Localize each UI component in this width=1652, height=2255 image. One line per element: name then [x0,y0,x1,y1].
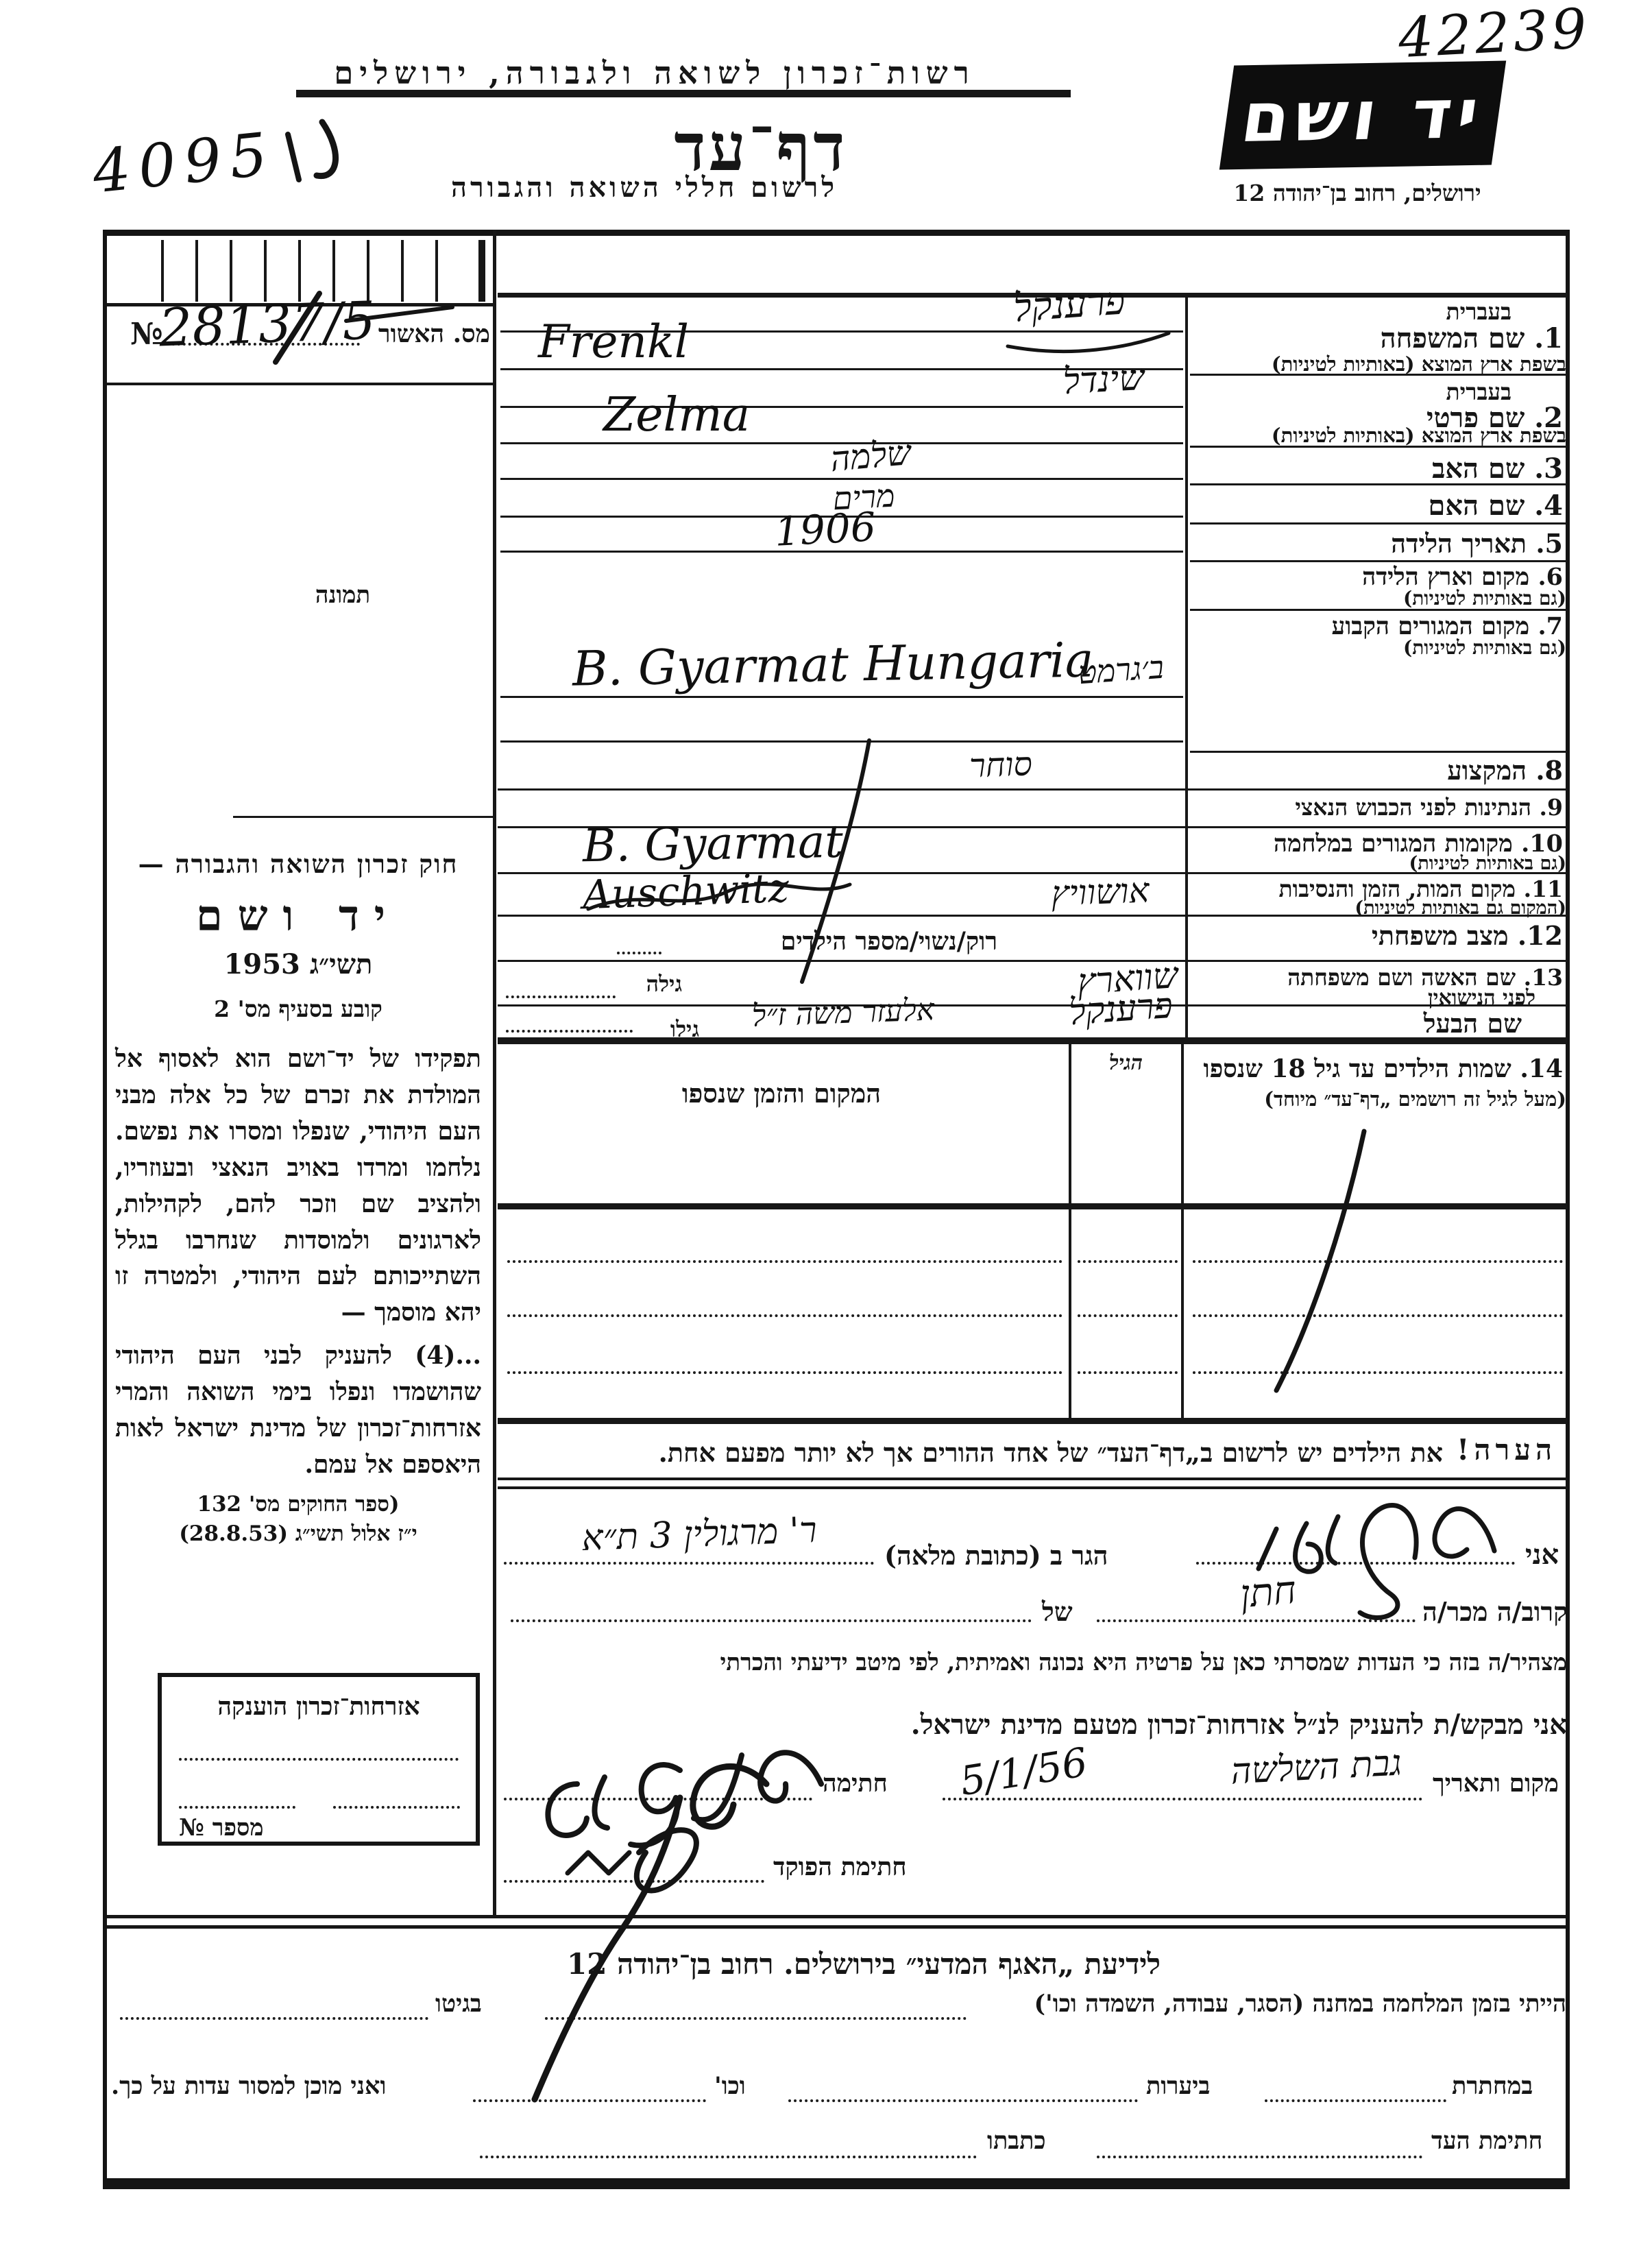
header-rule [296,90,1071,97]
declarant-name-line [1196,1562,1515,1565]
children-row-line [507,1260,1062,1263]
footer-ghetto-label: בגיטו [435,1990,482,2018]
children-bottom-bar [498,1418,1567,1424]
children-row-line [507,1314,1062,1317]
signature-label: חתימה [823,1769,888,1798]
declaration-i-label: אני [1525,1539,1559,1571]
hw-death-place-latin: Auschwitz [582,865,790,918]
footer-forests-label: ביערות [1146,2072,1210,2100]
field-13-label2: לפני הנישואין [1193,986,1535,1010]
children-col-divider-right [1181,1044,1184,1418]
field-5-label: 5. תאריך הלידה [1193,528,1563,559]
field-9-label: 9. הנתינות לפני הכבוש הנאצי [1193,794,1563,821]
place-date-label: מקום ותאריך [1433,1769,1559,1798]
hw-birth-date: 1906 [773,503,877,555]
hw-givenname-latin: Zelma [603,388,750,442]
footer-testify-label: ואני מוכן למסור עדות על כך. [111,2072,386,2100]
row-sep [498,960,1567,962]
footer-witness-signature-label: חתימת העד [1431,2127,1542,2155]
footer-underground-line [1265,2099,1446,2102]
field-8-label: 8. המקצוע [1193,755,1563,786]
children-row-line [1193,1371,1563,1374]
grant-box-title: אזרחות־זכרון הוענקה [162,1692,476,1721]
write-line [500,740,1183,743]
authority-line: רשות־זכרון לשואה ולגבורה, ירושלים [295,55,1015,91]
law-clause: קובע בסעיף מס' 2 [115,996,481,1023]
logo-text: יד ושם [1237,73,1489,157]
label-sep [1190,522,1567,524]
field-1-label: 1. שם המשפחה [1193,322,1563,354]
law-ref-2: י״ז אלול תשי״ג (28.8.53) [115,1519,481,1549]
field-6-note: (גם באותיות לטיניות) [1193,587,1566,610]
children-row-line [1193,1314,1563,1317]
declaration-resides-label: הגר ב (כתובת מלאה) [884,1540,1108,1571]
handwritten-file-number: 42239 [1397,0,1592,70]
law-excerpt-block: חוק זכרון השואה והגבורה — יד ושם תשי״ג 1… [115,849,481,1549]
footer-forests-line [788,2099,1138,2102]
declaration-relative-label: קרוב/ה מכר/ה [1422,1596,1568,1628]
note-head: הערה! [1457,1433,1557,1467]
photo-bottom-rule [233,816,495,818]
children-row-line [1078,1371,1178,1374]
field-10-note: (גם באותיות לטיניות) [1193,853,1566,874]
declarant-address-line [504,1562,874,1565]
field-1-note: בשפת ארץ המוצא (באותיות לטיניות) [1193,352,1566,376]
form-subtitle: לרשום חללי השואה והגבורה [384,171,905,204]
grant-box-number-label: מספר № [179,1814,263,1842]
yad-vashem-logo: יד ושם [1219,61,1506,170]
footer-ghetto-line [120,2017,428,2020]
footer-notice: לידיעת „האגף המדעי״ בירושלים. רחוב בן־יה… [500,1947,1227,1981]
field-14-label: 14. שמות הילדים עד גיל 18 שנספו [1193,1054,1563,1083]
footer-witness-signature-line [1097,2156,1422,2158]
signature-line [504,1798,812,1800]
label-sep [1190,751,1567,753]
note-body: את הילדים יש לרשום ב„דף־העד״ של אחד ההור… [511,1437,1443,1469]
hw-givenname-hebrew: שינדל [1028,355,1180,404]
field-4-label: 4. שם האם [1193,490,1563,522]
declaration-statement-2: אני מבקש/ת להעניק לנ״ל אזרחות־זכרון מטעם… [823,1709,1567,1741]
citizenship-grant-box: אזרחות־זכרון הוענקה מספר № [158,1673,480,1846]
approval-number-symbol: № [130,317,163,352]
footer-camp-line [545,2017,967,2020]
approval-number-label: מס. האשור [356,319,490,348]
field-3-label: 3. שם האב [1193,453,1563,485]
pen-mark [288,134,299,180]
photo-label: תמונה [288,581,398,609]
row-sep [498,788,1567,791]
footer-rule-a [107,1915,1566,1918]
law-body-1: תפקידו של יד־ושם הוא לאסוף אל המולדת את … [115,1041,481,1331]
place-date-line [943,1798,1422,1800]
children-row-line [1078,1260,1178,1263]
children-age-column-header: הגיל [1073,1051,1179,1075]
approval-number-value: 28137/5 [158,290,377,359]
footer-witness-address-label: כתבתו [987,2127,1046,2155]
field-13-his-age-dotted [506,1030,633,1033]
double-rule-b [498,1486,1567,1489]
field-2-note: בשפת ארץ המוצא (באותיות לטיניות) [1193,424,1566,448]
field-12-dotted [617,952,661,954]
law-year: תשי״ג 1953 [115,948,481,980]
children-col-divider-left [1069,1044,1071,1418]
grant-box-line-1 [179,1758,459,1761]
field-12-label: 12. מצב משפחתי [1193,920,1563,952]
logo-address: ירושלים, רחוב בן־יהודה 12 [1158,180,1556,207]
children-row-line [507,1371,1062,1374]
declaration-statement-1: מצהיר/ה בזה כי העדות שמסרתי כאן על פרטיה… [480,1649,1567,1676]
footer-witness-address-line [480,2156,977,2158]
hw-surname-latin: Frenkl [538,315,689,368]
fields-divider [1185,293,1188,1042]
footer-etc-label: וכו' [714,2072,746,2100]
approval-bottom-rule [107,383,495,385]
law-ref-1: (ספר החוקים מס' 132 [115,1490,481,1519]
footer-camp-label: הייתי בזמן המלחמה במחנה (הסגר, עבודה, הש… [973,1990,1566,2018]
field-12-inline-label: רוק/נשוי/מספר הילדים [668,927,997,956]
law-body-2: ...(4) להעניק לבני העם היהודי שהושמדו ונ… [115,1338,481,1483]
footer-underground-label: במחתרת [1452,2072,1533,2100]
law-intro: חוק זכרון השואה והגבורה — [115,849,481,880]
children-row-line [1078,1314,1178,1317]
footer-rule-b [107,1925,1566,1929]
field-13-her-age-dotted [506,996,616,998]
clerk-signature-label: חתימת הפוקד [773,1853,907,1881]
handwritten-registry-number: 4095 [90,119,279,206]
children-row-line [1193,1260,1563,1263]
hw-relationship: חתן [1211,1565,1324,1619]
hw-war-residence: B. Gyarmat [582,815,843,873]
field-1-tag: בעברית [1193,298,1511,326]
hw-profession: סוחר [938,744,1063,786]
field-7-note: (גם באותיות לטיניות) [1193,636,1566,660]
declaration-of-label: של [1042,1596,1073,1628]
field-13-her-age-label: גילה [620,971,682,997]
page-of-testimony-scan: רשות־זכרון לשואה ולגבורה, ירושלים דף־עד … [0,0,1652,2255]
field-14-note: (מעל לגיל זה רושמים „דף־עד״ מיוחד) [1193,1087,1566,1111]
double-rule-a [498,1478,1567,1480]
grant-box-line-2b [333,1806,460,1809]
law-name: יד ושם [115,891,481,941]
of-whom-line [511,1619,1032,1622]
clerk-signature-line [504,1880,764,1883]
pen-mark [317,122,336,176]
hw-birthplace-latin: B. Gyarmat Hungaria [572,631,1094,697]
field-13-husband-label: שם הבעל [1193,1008,1522,1039]
label-sep [1190,560,1567,562]
children-place-column-header: המקום והזמן שנספו [590,1078,973,1109]
footer-etc-line [473,2099,706,2102]
hw-death-place-hebrew: אושוויץ [1014,869,1187,915]
relationship-line [1097,1619,1416,1622]
grant-box-line-2a [179,1806,295,1809]
field-13-his-age-label: גילו [637,1016,699,1042]
field-11-note: (המקום גם באותיות לטיניות) [1193,897,1566,919]
children-header-bar [498,1203,1567,1209]
